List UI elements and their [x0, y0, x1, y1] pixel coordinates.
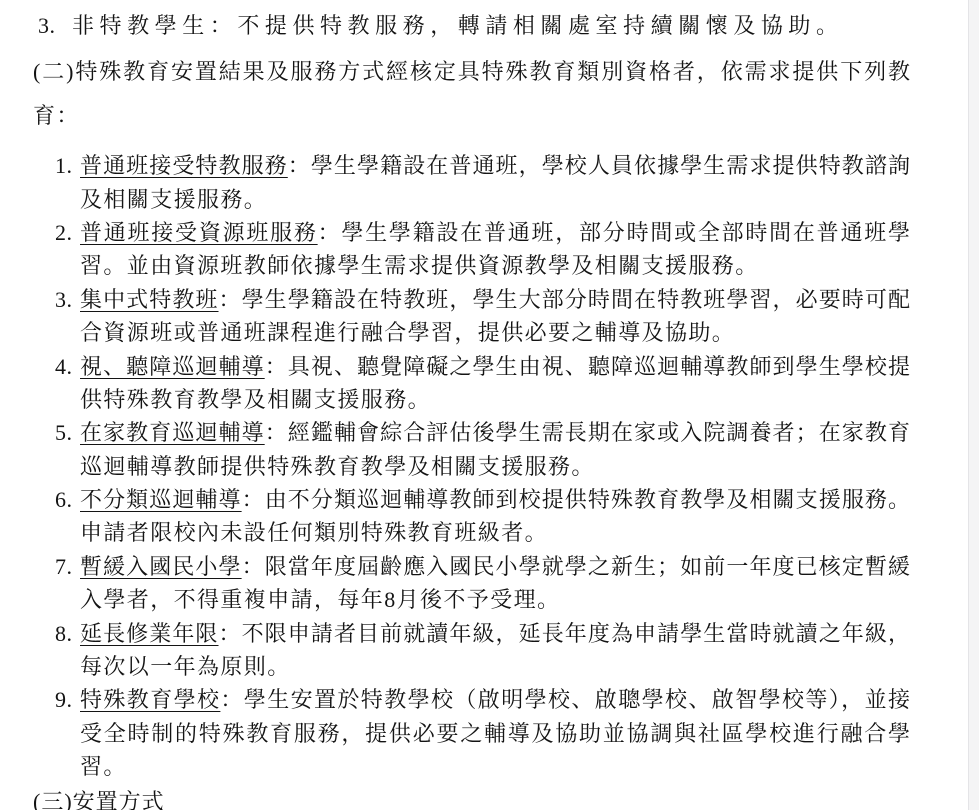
item-number: 8.: [55, 617, 73, 650]
item-continuation-line: 每次以一年為原則。: [80, 650, 910, 683]
placement-item: 7.暫緩入國民小學：限當年度屆齡應入國民小學就學之新生；如前一年度已核定暫緩入學…: [33, 550, 910, 617]
section-heading-text: 特殊教育安置結果及服務方式經核定具特殊教育類別資格者，依需求提供下列教: [73, 59, 910, 84]
item-number: 4.: [55, 350, 73, 383]
item-rest: ：經鑑輔會綜合評估後學生需長期在家或入院調養者；在家教育: [265, 420, 910, 445]
document-page: 3. 非特教學生：不提供特教服務，轉請相關處室持續關懷及協助。 (二)特殊教育安…: [0, 0, 979, 810]
item-first-line: 特殊教育學校：學生安置於特教學校（啟明學校、啟聰學校、啟智學校等），並接: [80, 683, 910, 716]
placement-item: 4.視、聽障巡迴輔導：具視、聽覺障礙之學生由視、聽障巡迴輔導教師到學生學校提供特…: [33, 350, 910, 417]
placement-item: 2.普通班接受資源班服務：學生學籍設在普通班，部分時間或全部時間在普通班學習。並…: [33, 216, 910, 283]
item-first-line: 不分類巡迴輔導：由不分類巡迴輔導教師到校提供特殊教育教學及相關支援服務。: [80, 483, 910, 516]
document-content: 3. 非特教學生：不提供特教服務，轉請相關處室持續關懷及協助。 (二)特殊教育安…: [33, 0, 910, 810]
item-term: 暫緩入國民小學: [80, 554, 242, 579]
item-first-line: 在家教育巡迴輔導：經鑑輔會綜合評估後學生需長期在家或入院調養者；在家教育: [80, 416, 910, 449]
item-continuation-line: 及相關支援服務。: [80, 183, 910, 216]
item-continuation-line: 巡迴輔導教師提供特殊教育教學及相關支援服務。: [80, 450, 910, 483]
item-term: 特殊教育學校: [80, 687, 220, 712]
item-number: 2.: [55, 216, 73, 249]
item-rest: ：不限申請者目前就讀年級，延長年度為申請學生當時就讀之年級，: [219, 621, 910, 646]
item-first-line: 集中式特教班：學生學籍設在特教班，學生大部分時間在特教班學習，必要時可配: [80, 283, 910, 316]
section-heading: (二)特殊教育安置結果及服務方式經核定具特殊教育類別資格者，依需求提供下列教 育…: [33, 55, 910, 132]
next-section-heading-partial: (三)安置方式: [33, 785, 910, 810]
list-item-intro: 3. 非特教學生：不提供特教服務，轉請相關處室持續關懷及協助。: [33, 9, 910, 42]
item-continuation-line: 合資源班或普通班課程進行融合學習，提供必要之輔導及協助。: [80, 316, 910, 349]
item-rest: ：限當年度屆齡應入國民小學就學之新生；如前一年度已核定暫緩: [242, 554, 910, 579]
section-heading-line2: 育：: [33, 99, 910, 132]
placement-item: 5.在家教育巡迴輔導：經鑑輔會綜合評估後學生需長期在家或入院調養者；在家教育巡迴…: [33, 416, 910, 483]
placement-item: 1.普通班接受特教服務：學生學籍設在普通班，學校人員依據學生需求提供特教諮詢及相…: [33, 149, 910, 216]
item-first-line: 普通班接受特教服務：學生學籍設在普通班，學校人員依據學生需求提供特教諮詢: [80, 149, 910, 182]
item-first-line: 暫緩入國民小學：限當年度屆齡應入國民小學就學之新生；如前一年度已核定暫緩: [80, 550, 910, 583]
item-term: 不分類巡迴輔導: [80, 487, 242, 512]
item-term: 集中式特教班: [80, 287, 219, 312]
item-continuation-line: 受全時制的特殊教育服務，提供必要之輔導及協助並協調與社區學校進行融合學: [80, 717, 910, 750]
item-term: 普通班接受特教服務: [80, 153, 288, 178]
item-rest: ：學生學籍設在普通班，學校人員依據學生需求提供特教諮詢: [288, 153, 910, 178]
item-number: 9.: [55, 683, 73, 716]
item-continuation-line: 申請者限校內未設任何類別特殊教育班級者。: [80, 516, 910, 549]
item-number: 5.: [55, 416, 73, 449]
item-number: 3.: [38, 9, 56, 42]
item-number: 3.: [55, 283, 73, 316]
item-number: 7.: [55, 550, 73, 583]
item-rest: ：具視、聽覺障礙之學生由視、聽障巡迴輔導教師到學生學校提: [265, 354, 910, 379]
item-number: 6.: [55, 483, 73, 516]
item-first-line: 普通班接受資源班服務：學生學籍設在普通班，部分時間或全部時間在普通班學: [80, 216, 910, 249]
item-term: 普通班接受資源班服務: [80, 220, 318, 245]
item-continuation-line: 習。並由資源班教師依據學生需求提供資源教學及相關支援服務。: [80, 249, 910, 282]
section-heading-line1: (二)特殊教育安置結果及服務方式經核定具特殊教育類別資格者，依需求提供下列教: [33, 55, 910, 88]
item-rest: ：學生學籍設在特教班，學生大部分時間在特教班學習，必要時可配: [219, 287, 910, 312]
item-first-line: 視、聽障巡迴輔導：具視、聽覺障礙之學生由視、聽障巡迴輔導教師到學生學校提: [80, 350, 910, 383]
item-first-line: 延長修業年限：不限申請者目前就讀年級，延長年度為申請學生當時就讀之年級，: [80, 617, 910, 650]
item-continuation-line: 習。: [80, 750, 910, 783]
placement-item: 3.集中式特教班：學生學籍設在特教班，學生大部分時間在特教班學習，必要時可配合資…: [33, 283, 910, 350]
item-term: 在家教育巡迴輔導: [80, 420, 265, 445]
item-term: 延長修業年限: [80, 621, 219, 646]
placement-item: 9.特殊教育學校：學生安置於特教學校（啟明學校、啟聰學校、啟智學校等），並接受全…: [33, 683, 910, 783]
placement-list: 1.普通班接受特教服務：學生學籍設在普通班，學校人員依據學生需求提供特教諮詢及相…: [33, 149, 910, 783]
placement-item: 8.延長修業年限：不限申請者目前就讀年級，延長年度為申請學生當時就讀之年級，每次…: [33, 617, 910, 684]
page-edge-strip: [968, 0, 979, 810]
item-continuation-line: 供特殊教育教學及相關支援服務。: [80, 383, 910, 416]
item-rest: ：學生安置於特教學校（啟明學校、啟聰學校、啟智學校等），並接: [220, 687, 910, 712]
item-rest: ：學生學籍設在普通班，部分時間或全部時間在普通班學: [318, 220, 910, 245]
intro-text: 非特教學生：不提供特教服務，轉請相關處室持續關懷及協助。: [72, 9, 838, 42]
item-number: 1.: [55, 149, 73, 182]
item-term: 視、聽障巡迴輔導: [80, 354, 265, 379]
item-continuation-line: 入學者，不得重複申請，每年8月後不予受理。: [80, 583, 910, 616]
section-label: (二): [33, 59, 73, 84]
item-rest: ：由不分類巡迴輔導教師到校提供特殊教育教學及相關支援服務。: [242, 487, 910, 512]
placement-item: 6.不分類巡迴輔導：由不分類巡迴輔導教師到校提供特殊教育教學及相關支援服務。申請…: [33, 483, 910, 550]
